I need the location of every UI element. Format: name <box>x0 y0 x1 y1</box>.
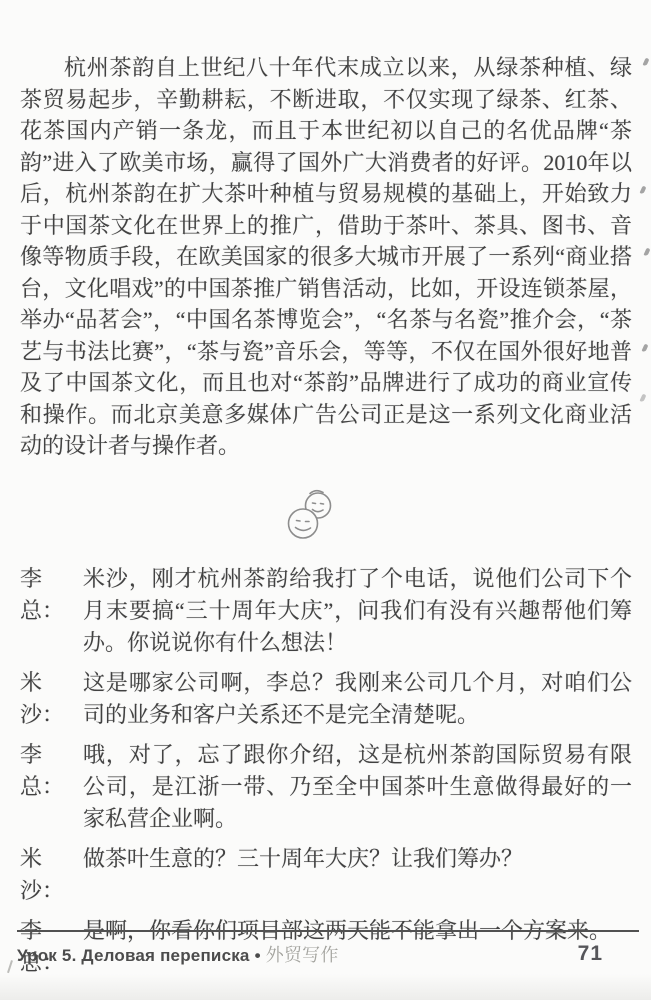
intro-paragraph: 杭州茶韵自上世纪八十年代末成立以来，从绿茶种植、绿茶贸易起步，辛勤耕耘，不断进取… <box>20 52 632 462</box>
dialogue-speaker: 米沙： <box>20 667 83 731</box>
dialogue-text: 米沙，刚才杭州茶韵给我打了个电话，说他们公司下个月末要搞“三十周年大庆”，问我们… <box>83 563 632 659</box>
dialogue-speaker: 李总： <box>20 739 83 835</box>
footer-breadcrumb: Урок 5. Деловая переписка•外贸写作 <box>17 941 339 967</box>
dialogue-list: 李总： 米沙，刚才杭州茶韵给我打了个电话，说他们公司下个月末要搞“三十周年大庆”… <box>20 563 632 979</box>
footer-lesson-title: Урок 5. Деловая переписка <box>17 946 250 965</box>
footer-chinese-subtitle: 外贸写作 <box>266 945 339 965</box>
scan-artifact <box>7 960 12 973</box>
scan-artifact <box>643 58 650 67</box>
two-smiling-faces-icon <box>286 488 336 540</box>
dialogue-row: 李总： 米沙，刚才杭州茶韵给我打了个电话，说他们公司下个月末要搞“三十周年大庆”… <box>20 563 632 659</box>
scan-artifact <box>644 248 651 257</box>
scan-artifact <box>640 394 647 403</box>
page-footer: Урок 5. Деловая переписка•外贸写作 71 <box>17 930 639 967</box>
page-content: 杭州茶韵自上世纪八十年代末成立以来，从绿茶种植、绿茶贸易起步，辛勤耕耘，不断进取… <box>20 52 632 987</box>
section-divider <box>20 488 632 540</box>
dialogue-text: 哦，对了，忘了跟你介绍，这是杭州茶韵国际贸易有限公司，是江浙一带、乃至全中国茶叶… <box>83 739 632 835</box>
page-number: 71 <box>578 942 603 966</box>
dialogue-speaker: 米沙： <box>20 843 83 907</box>
dialogue-text: 这是哪家公司啊，李总？我刚来公司几个月，对咱们公司的业务和客户关系还不是完全清楚… <box>83 667 632 731</box>
dialogue-row: 米沙： 做茶叶生意的？三十周年大庆？让我们筹办？ <box>20 843 632 907</box>
footer-separator-dot: • <box>255 946 261 965</box>
dialogue-text: 做茶叶生意的？三十周年大庆？让我们筹办？ <box>83 843 632 907</box>
dialogue-row: 米沙： 这是哪家公司啊，李总？我刚来公司几个月，对咱们公司的业务和客户关系还不是… <box>20 667 632 731</box>
dialogue-row: 李总： 哦，对了，忘了跟你介绍，这是杭州茶韵国际贸易有限公司，是江浙一带、乃至全… <box>20 739 632 835</box>
scan-edge-shading <box>0 974 651 1000</box>
scan-artifact <box>642 344 649 353</box>
textbook-page: 杭州茶韵自上世纪八十年代末成立以来，从绿茶种植、绿茶贸易起步，辛勤耕耘，不断进取… <box>0 0 651 1000</box>
scan-artifact <box>640 186 647 195</box>
dialogue-speaker: 李总： <box>20 563 83 659</box>
